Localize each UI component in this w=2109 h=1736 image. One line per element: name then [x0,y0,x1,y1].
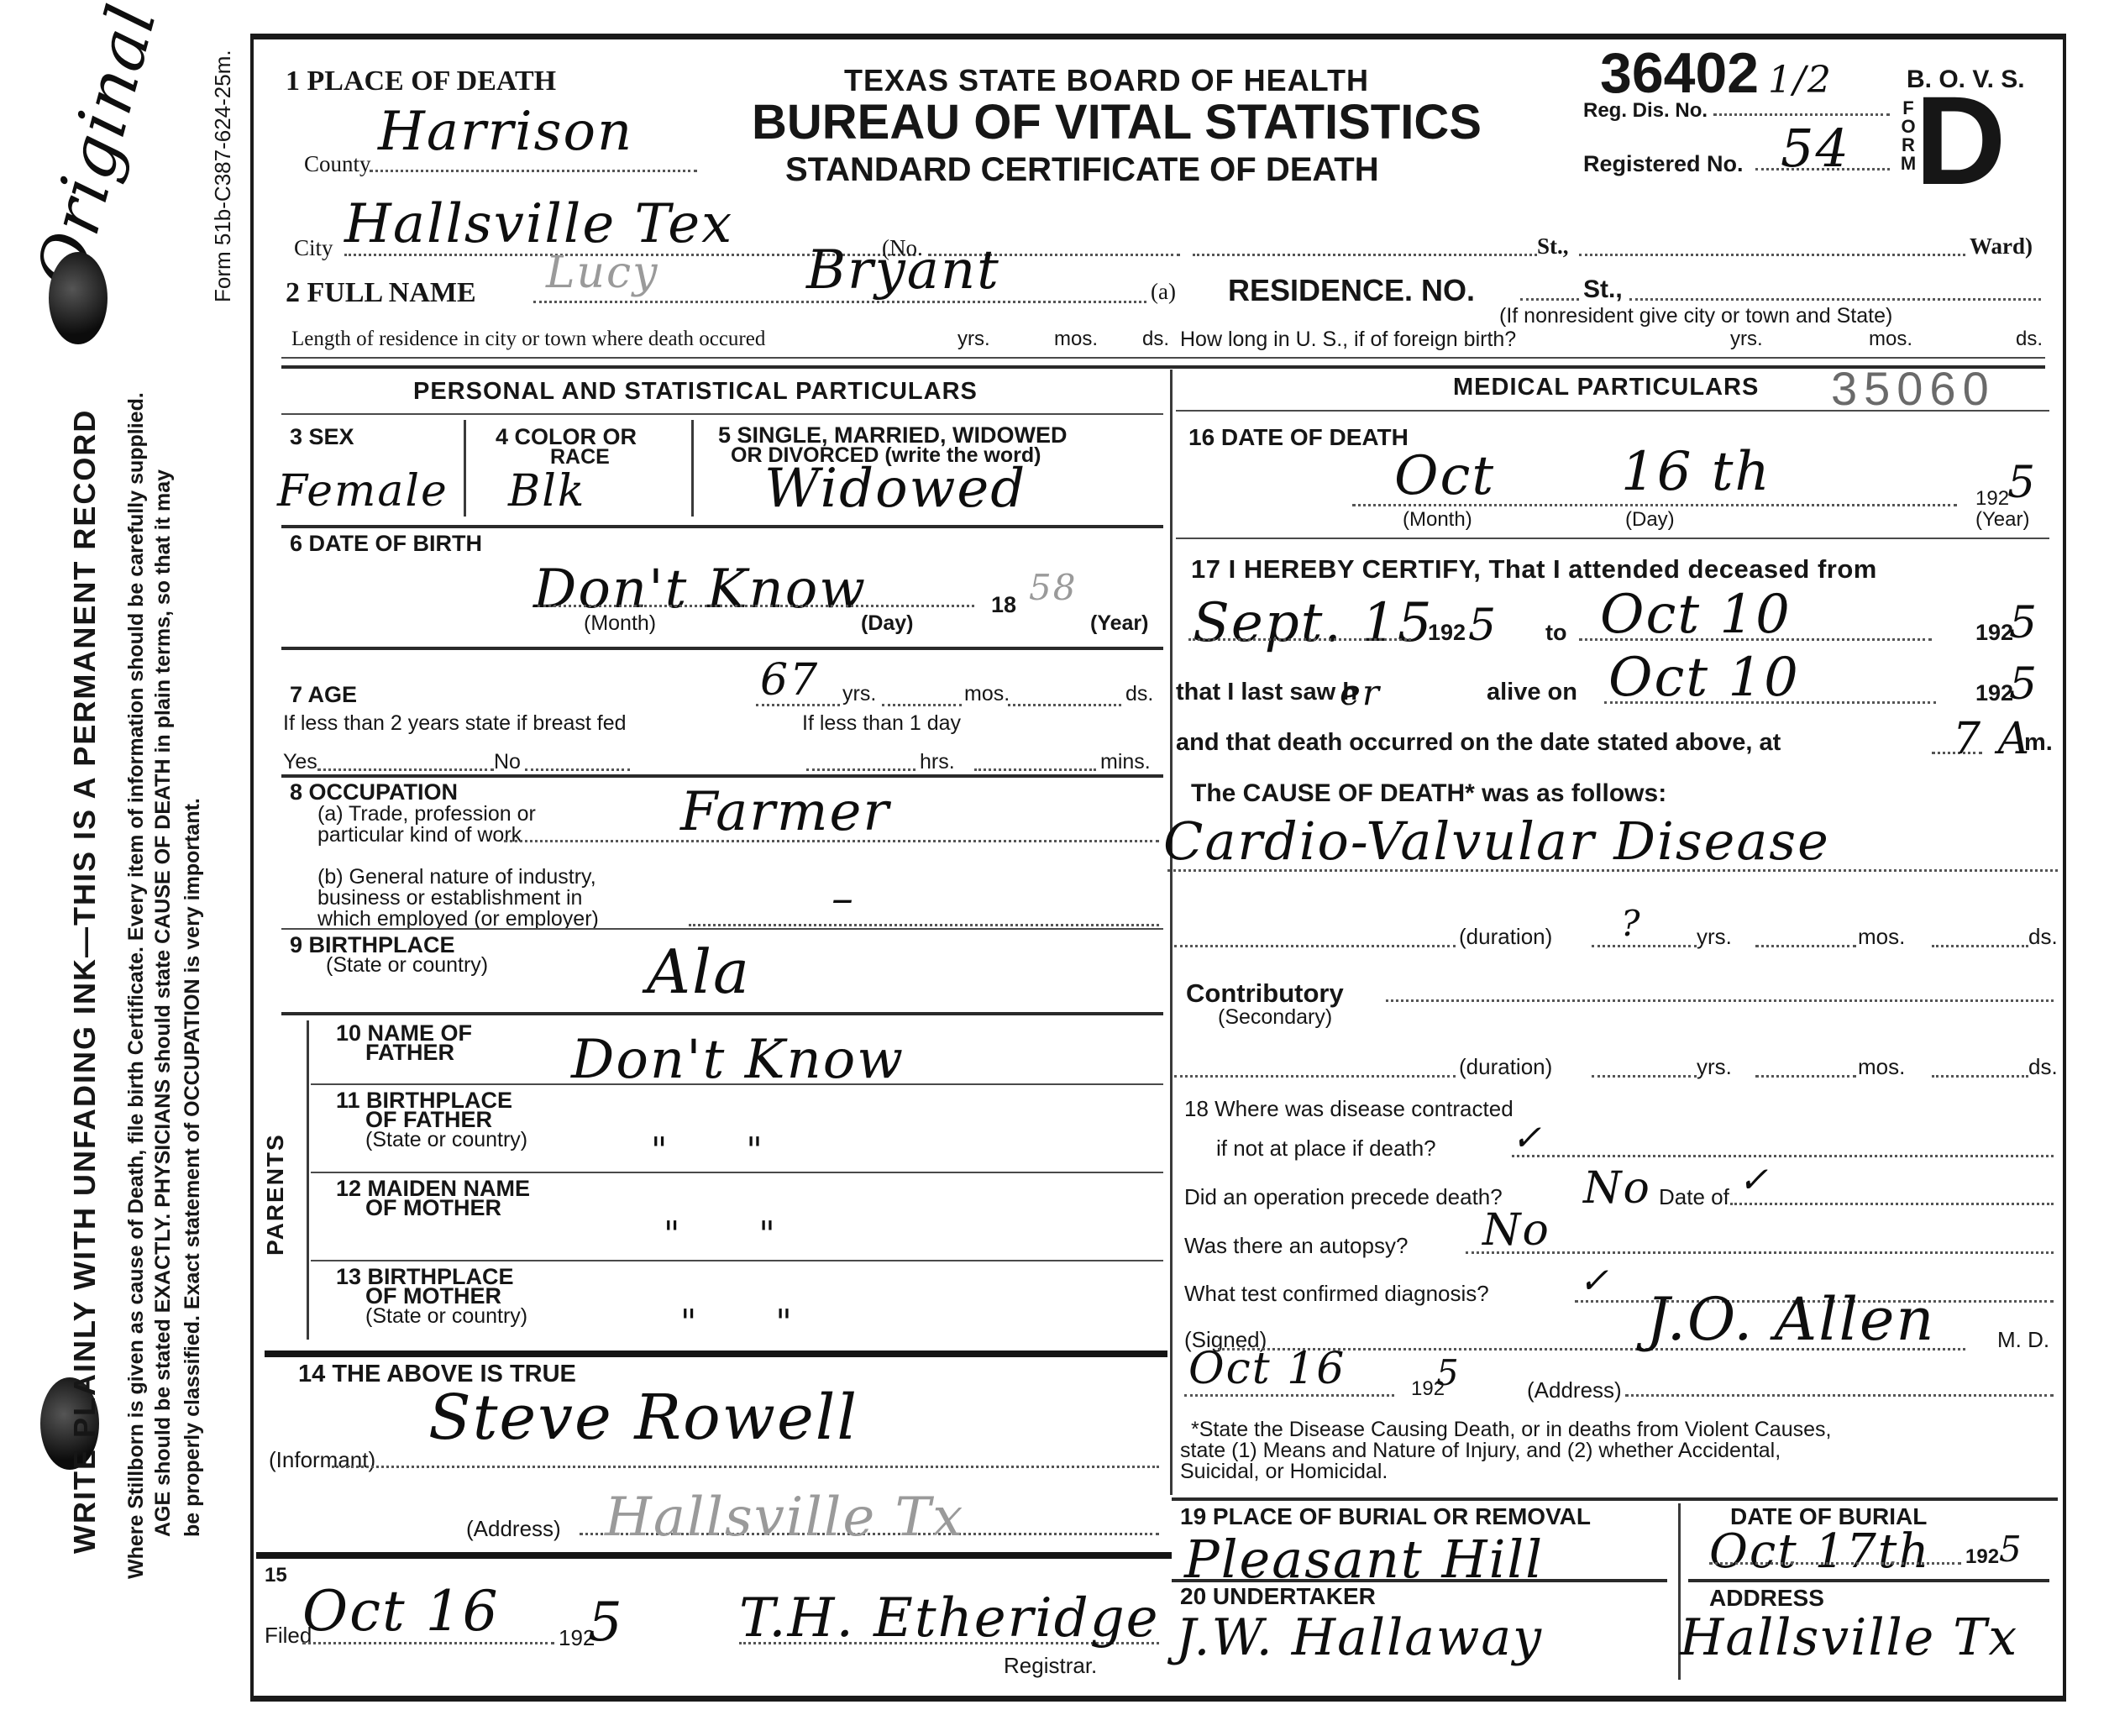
dob-month-day-line [538,605,974,607]
age-ds-line [1008,704,1121,706]
test-label: What test confirmed diagnosis? [1184,1281,1489,1307]
duration-ds: ds. [2028,924,2058,950]
county-label: County [304,151,371,177]
autopsy-label: Was there an autopsy? [1184,1233,1408,1259]
full-name-a-marker: (a) [1151,279,1176,305]
signed-date-value: Oct 16 [1188,1344,1346,1394]
divider [1688,1579,2049,1582]
county-line [370,170,697,172]
duration-yrs: yrs. [1697,924,1732,950]
death-time-value: 7 A [1953,714,2031,764]
q18-line-1: 18 Where was disease contracted [1184,1096,1514,1122]
filed-year-value: 5 [588,1592,624,1654]
dob-month-caption: (Month) [584,611,656,636]
contrib-duration-label: (duration) [1459,1054,1552,1080]
duration-ds-line [1932,945,2028,947]
age-ds: ds. [1125,682,1153,706]
md-label: M. D. [1997,1327,2049,1353]
duration-mos: mos. [1858,924,1905,950]
father-name-label-2: FATHER [365,1040,454,1066]
attend-from-year: 5 [1468,601,1498,651]
signed-date-line [1184,1394,1394,1397]
q18-value: ✓ [1512,1117,1543,1158]
certificate-title: STANDARD CERTIFICATE OF DEATH [785,151,1379,189]
divider [311,1172,1163,1173]
signed-year-value: 5 [1436,1352,1461,1393]
filed-number: 15 [265,1564,287,1587]
divider [281,365,2045,369]
parents-label: PARENTS [262,1133,289,1256]
divider [1172,1497,2058,1501]
physician-signature: J.O. Allen [1646,1285,1936,1354]
father-bp-value: " " [651,1130,764,1171]
divider [464,420,466,517]
mother-bp-value: " " [680,1302,794,1343]
reg-dis-line [1713,113,1890,116]
attend-to-year-prefix: 192 [1975,620,2013,646]
yes-label: Yes [283,750,317,774]
dod-month-caption: (Month) [1403,508,1472,532]
physician-address-label: (Address) [1527,1377,1622,1403]
dob-day-caption: (Day) [861,611,914,636]
contrib-yrs: yrs. [1697,1054,1732,1080]
dob-year-prefix: 18 [991,592,1016,618]
residence-street-line [1629,298,2041,301]
instruction-line-1: Where Stillborn is given as cause of Dea… [124,392,149,1579]
dod-line [1352,504,1957,506]
residence-st-label: St., [1583,275,1623,304]
divider [281,928,1163,930]
dob-year-caption: (Year) [1090,611,1148,636]
length-ds: ds. [1142,328,1169,351]
registrar-signature: T.H. Etheridge [739,1587,1160,1649]
dod-day: 16 th [1621,441,1771,503]
full-name-first: Lucy [546,248,659,298]
no-label: No [494,750,521,774]
punch-hole-top [49,252,108,344]
stamp-number: 35060 [1831,361,1996,416]
divider [1176,538,2049,539]
divider [311,1083,1163,1085]
undertaker-address-value: Hallsville Tx [1680,1608,2018,1667]
cause-label: The CAUSE OF DEATH* was as follows: [1191,779,1666,808]
cause-duration-value: ? [1621,903,1642,944]
dod-year-caption: (Year) [1975,508,2029,532]
test-value: ✓ [1579,1260,1610,1301]
death-time-label: and that death occurred on the date stat… [1176,729,1781,757]
form-letter: D [1915,77,2006,203]
street-line [1193,254,1537,256]
permanent-record-notice: WRITE PLAINLY WITH UNFADING INK—THIS IS … [67,409,102,1554]
age-label: 7 AGE [290,682,357,708]
contrib-mos-line [1755,1075,1856,1078]
divider [1176,410,2049,412]
attend-from-line [1188,638,1411,641]
foreign-mos: mos. [1869,328,1912,351]
sex-label: 3 SEX [290,424,354,450]
q18-line [1512,1155,2054,1157]
registrar-label: Registrar. [1004,1653,1097,1679]
registered-label: Registered No. [1583,151,1744,177]
cause-duration-line [1174,945,1456,947]
color-value: Blk [508,466,585,517]
undertaker-label: 20 UNDERTAKER [1180,1583,1376,1610]
last-saw-value: Oct 10 [1608,647,1800,709]
residence-no-line [1520,298,1579,301]
undertaker-value: J.W. Hallaway [1176,1608,1543,1667]
informant-address-value: Hallsville Tx [605,1487,964,1549]
last-saw-year: 5 [2009,659,2038,710]
burial-date-line [1709,1562,1961,1565]
attend-to-label: to [1545,620,1566,646]
hrs-label: hrs. [920,750,955,774]
age-mos-line [882,704,962,706]
residence-label: RESIDENCE. NO. [1228,273,1475,308]
divider [265,1351,1167,1357]
cause-duration-label: (duration) [1459,924,1552,950]
file-suffix: 1/2 [1768,59,1833,102]
length-yrs: yrs. [957,328,990,351]
divider [256,1552,1172,1559]
birthplace-value: Ala [647,936,751,1007]
certify-line: 17 I HEREBY CERTIFY, That I attended dec… [1191,554,1877,585]
sex-value: Female [277,466,449,517]
foreign-ds: ds. [2016,328,2043,351]
column-divider [1170,370,1173,1495]
mins-line [974,768,1096,771]
medical-section-title: MEDICAL PARTICULARS [1453,374,1759,401]
length-residence-label: Length of residence in city or town wher… [291,328,765,351]
attend-to-value: Oct 10 [1600,584,1792,646]
county-value: Harrison [378,101,633,163]
yes-line [317,768,494,771]
personal-section-title: PERSONAL AND STATISTICAL PARTICULARS [413,378,978,406]
original-stamp: Original [21,0,172,297]
cause-line [1167,869,2058,872]
operation-label: Did an operation precede death? [1184,1184,1503,1210]
divider [281,1012,1163,1015]
st-label: St., [1537,233,1569,260]
burial-date-value: Oct 17th [1709,1524,1930,1579]
city-value: Hallsville Tex [344,193,733,255]
less-than-day-label: If less than 1 day [802,711,961,736]
age-yrs: yrs. [842,682,876,706]
length-mos: mos. [1054,328,1098,351]
duration-yrs-line [1592,945,1697,947]
alive-on-label: alive on [1487,679,1577,706]
mother-name-value: " " [664,1214,777,1255]
last-saw-year-prefix: 192 [1975,680,2013,706]
form-code: Form 51b-C387-624-25m. [210,50,236,302]
full-name-last: Bryant [806,239,1000,302]
death-time-suffix: m. [2024,729,2053,757]
informant-value: Steve Rowell [428,1382,858,1454]
burial-year-prefix: 192 [1965,1545,1999,1569]
father-name-value: Don't Know [571,1029,905,1091]
autopsy-line [1466,1251,2054,1254]
date-of-death-label: 16 DATE OF DEATH [1188,424,1409,451]
contributory-label: Contributory [1186,978,1344,1009]
dob-label: 6 DATE OF BIRTH [290,531,482,557]
instruction-line-3: be properly classified. Exact statement … [181,798,205,1537]
breast-fed-label: If less than 2 years state if breast fed [283,711,627,736]
dod-day-caption: (Day) [1625,508,1675,532]
instruction-line-2: AGE should be stated EXACTLY. PHYSICIANS… [151,469,176,1537]
age-mos: mos. [964,682,1010,706]
industry-value: – [832,873,855,924]
mins-label: mins. [1100,750,1151,774]
date-of-label: Date of [1659,1184,1729,1210]
occupation-value: Farmer [680,781,890,843]
informant-label: (Informant) [269,1447,375,1473]
date-of-value: ✓ [1739,1159,1770,1200]
mother-bp-label-3: (State or country) [365,1304,527,1329]
attend-to-year: 5 [2009,598,2038,648]
dod-year-value: 5 [2007,458,2037,508]
foreign-yrs: yrs. [1730,328,1763,351]
marital-value: Widowed [764,458,1026,520]
autopsy-value: No [1482,1205,1550,1256]
foreign-birth-label: How long in U. S., if of foreign birth? [1180,328,1516,352]
contrib-ds-line [1932,1075,2028,1078]
divider [311,1260,1163,1261]
no-line [525,768,630,771]
divider [281,525,1163,528]
ward-line [1579,254,1965,256]
footnote-line-3: Suicidal, or Homicidal. [1180,1460,1388,1484]
birthplace-sub: (State or country) [326,953,488,978]
ward-label: Ward) [1970,233,2033,260]
duration-mos-line [1755,945,1856,947]
attend-from-year-prefix: 192 [1428,620,1466,646]
date-of-line [1730,1203,2054,1205]
operation-value: No [1583,1163,1651,1214]
q18-line-2: if not at place if death? [1216,1135,1436,1162]
full-name-label: 2 FULL NAME [286,277,476,309]
occ-b-line [689,924,1159,926]
last-saw-label: that I last saw h [1176,679,1357,706]
last-saw-pronoun: er [1340,672,1381,713]
age-yrs-line [756,704,840,706]
registered-value: 54 [1781,118,1850,179]
filed-date-value: Oct 16 [302,1579,500,1644]
dod-year-prefix: 192 [1975,487,2009,511]
divider [281,647,1163,650]
divider [281,774,1163,778]
place-of-death-label: 1 PLACE OF DEATH [286,66,556,97]
physician-address-line [1625,1394,2054,1397]
contrib-ds: ds. [2028,1054,2058,1080]
divider [281,413,1163,415]
dob-year-value: 58 [1029,567,1077,608]
father-bp-label-3: (State or country) [365,1128,527,1152]
hrs-line [806,768,915,771]
bureau-name: BUREAU OF VITAL STATISTICS [752,94,1482,150]
city-label: City [294,235,333,261]
occ-a-line-2: particular kind of work [317,823,522,847]
parents-divider [307,1020,309,1340]
contrib-yrs-line [1592,1075,1697,1078]
mother-name-label-2: OF MOTHER [365,1195,501,1221]
burial-year-value: 5 [1999,1529,2023,1570]
divider [691,420,694,517]
nonresident-note: (If nonresident give city or town and St… [1499,304,1892,328]
informant-address-label: (Address) [466,1516,561,1542]
divider [1172,1579,1667,1582]
secondary-label: (Secondary) [1218,1005,1332,1030]
cause-value: Cardio-Valvular Disease [1163,810,1830,872]
form-word-vertical: FORM [1900,99,1917,173]
age-value: 67 [760,655,819,705]
dod-month: Oct [1394,445,1495,507]
reg-dis-label: Reg. Dis. No. [1583,99,1708,123]
contrib-duration-line [1174,1075,1456,1078]
burial-place-label: 19 PLACE OF BURIAL OR REMOVAL [1180,1503,1591,1530]
agency-name: TEXAS STATE BOARD OF HEALTH [844,63,1369,98]
contributory-line [1386,999,2054,1002]
contrib-mos: mos. [1858,1054,1905,1080]
file-number: 36402 [1600,40,1759,106]
informant-line [332,1466,1159,1468]
attend-from-value: Sept. 15 [1193,592,1434,654]
divider [281,357,2045,359]
